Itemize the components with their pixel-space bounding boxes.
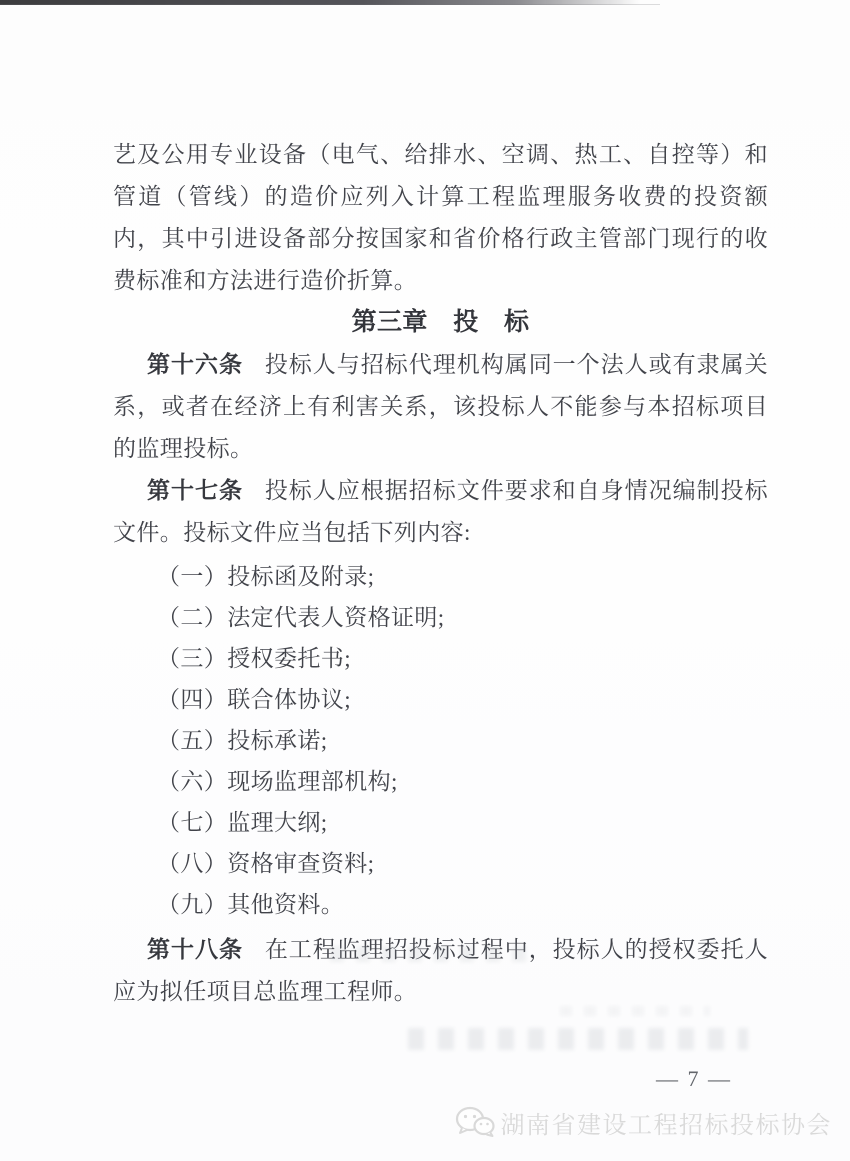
list-item: （六）现场监理部机构;: [113, 761, 768, 802]
article-17-label: 第十七条: [147, 478, 243, 503]
page-number: — 7 —: [656, 1066, 732, 1092]
list-item: （七）监理大纲;: [113, 802, 768, 843]
list-item: （五）投标承诺;: [113, 720, 768, 761]
scanner-edge-artifact: [0, 0, 660, 5]
list-item: （八）资格审查资料;: [113, 843, 768, 884]
scanned-document-page: 艺及公用专业设备（电气、给排水、空调、热工、自控等）和管道（管线）的造价应列入计…: [0, 0, 850, 1161]
bleed-through-artifact: [408, 1028, 748, 1050]
association-watermark-text: 湖南省建设工程招标投标协会: [501, 1105, 833, 1140]
article-16-paragraph: 第十六条投标人与招标代理机构属同一个法人或有隶属关系，或者在经济上有利害关系，该…: [113, 344, 768, 470]
list-item: （一）投标函及附录;: [113, 556, 768, 597]
list-item: （二）法定代表人资格证明;: [113, 597, 768, 638]
article-17-paragraph: 第十七条投标人应根据招标文件要求和自身情况编制投标文件。投标文件应当包括下列内容…: [113, 470, 768, 554]
document-body: 艺及公用专业设备（电气、给排水、空调、热工、自控等）和管道（管线）的造价应列入计…: [113, 134, 768, 1013]
bid-document-contents-list: （一）投标函及附录; （二）法定代表人资格证明; （三）授权委托书; （四）联合…: [113, 556, 768, 925]
wechat-logo-icon: [455, 1106, 495, 1138]
association-watermark: 湖南省建设工程招标投标协会: [455, 1104, 833, 1140]
chapter-heading: 第三章 投 标: [113, 302, 768, 344]
list-item: （三）授权委托书;: [113, 638, 768, 679]
article-18-paragraph: 第十八条在工程监理招投标过程中，投标人的授权委托人应为拟任项目总监理工程师。: [113, 929, 768, 1013]
list-item: （九）其他资料。: [113, 884, 768, 925]
article-16-label: 第十六条: [147, 352, 243, 377]
list-item: （四）联合体协议;: [113, 679, 768, 720]
continuation-paragraph: 艺及公用专业设备（电气、给排水、空调、热工、自控等）和管道（管线）的造价应列入计…: [113, 134, 768, 302]
article-18-label: 第十八条: [147, 937, 243, 962]
